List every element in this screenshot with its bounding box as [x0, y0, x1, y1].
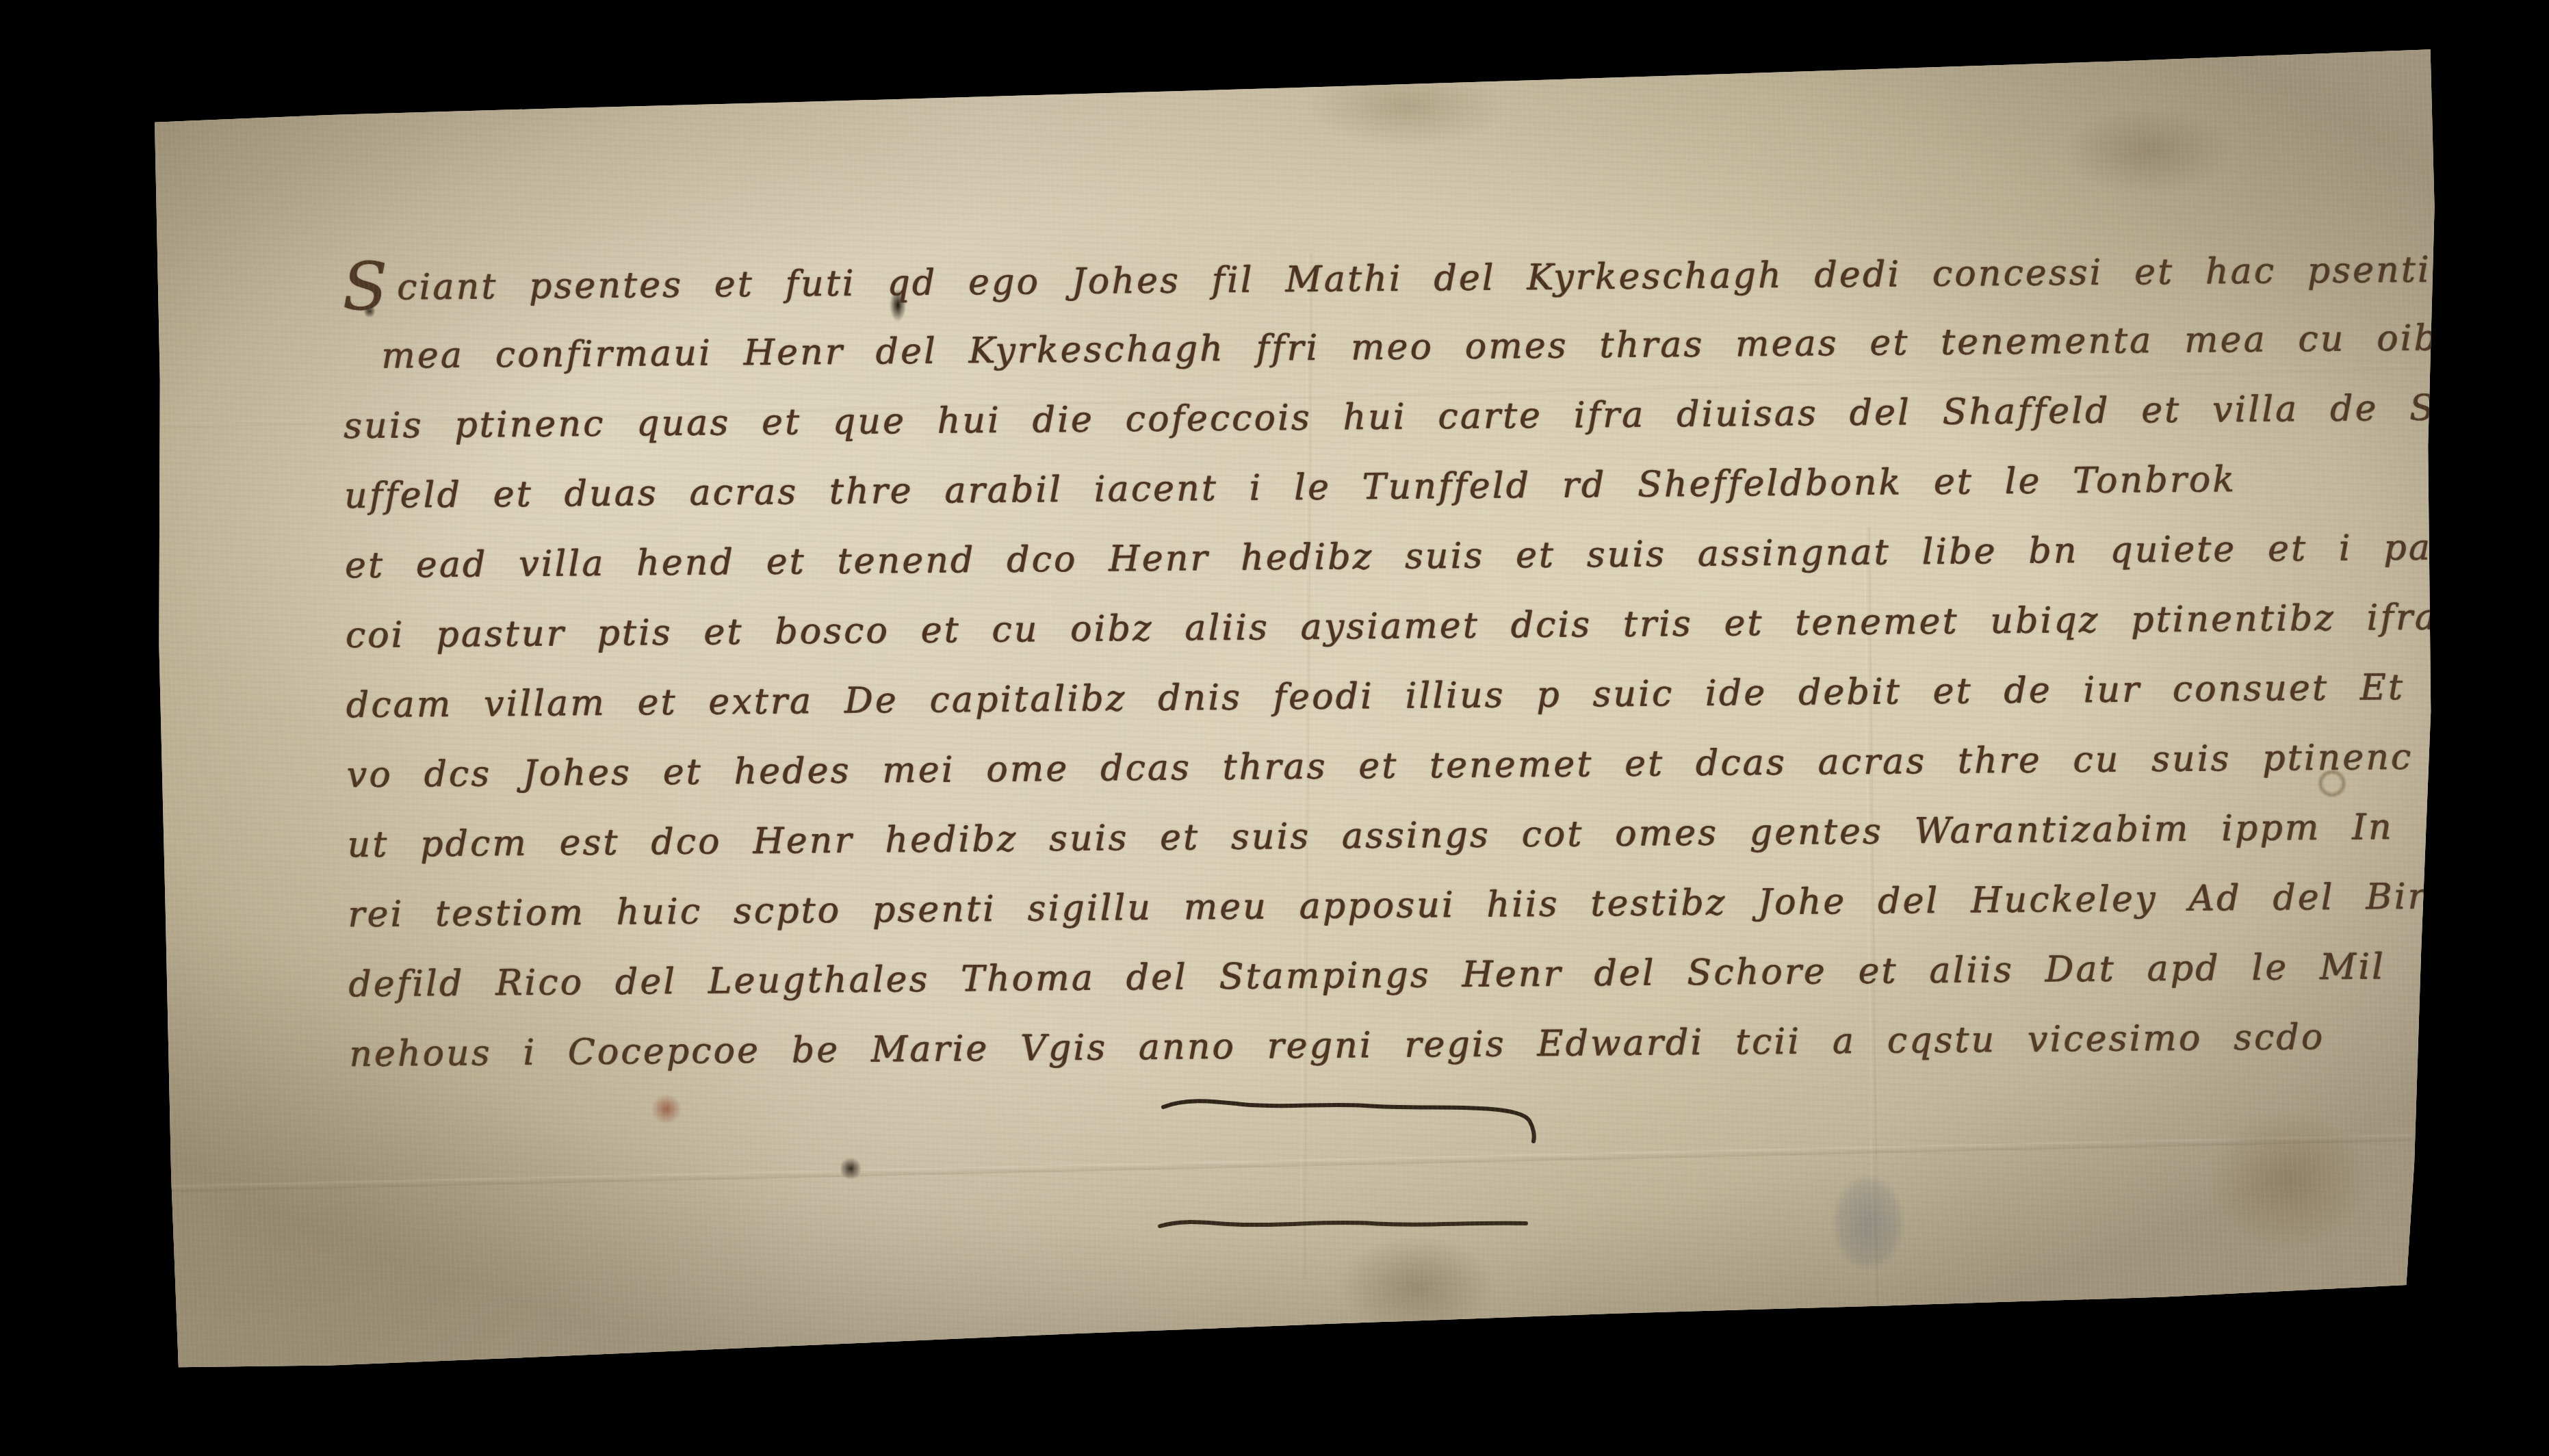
- stain-brown-smudge: [2207, 1108, 2371, 1252]
- parchment: Sciant psentes et futi qd ego Johes fil …: [147, 48, 2440, 1375]
- stain-red-wax-speck: [650, 1095, 683, 1123]
- stain-top-smudge: [1304, 65, 1509, 147]
- seal-slit-upper: [1163, 1101, 1534, 1141]
- charter-text: Sciant psentes et futi qd ego Johes fil …: [342, 232, 2549, 1089]
- seal-slit-lower: [1160, 1222, 1526, 1226]
- stain-top-right-smudge: [2063, 106, 2234, 195]
- stain-ink-blot: [840, 1156, 861, 1181]
- fold-crease-horizontal-lower: [168, 1134, 2411, 1192]
- photo-stage: Sciant psentes et futi qd ego Johes fil …: [0, 0, 2549, 1456]
- stain-slit-shadow: [1338, 1235, 1495, 1338]
- text-line-1-body: ciant psentes et futi qd ego Johes fil M…: [397, 248, 2549, 309]
- opening-initial: S: [342, 248, 388, 325]
- stain-gray-vein: [1820, 1167, 1916, 1307]
